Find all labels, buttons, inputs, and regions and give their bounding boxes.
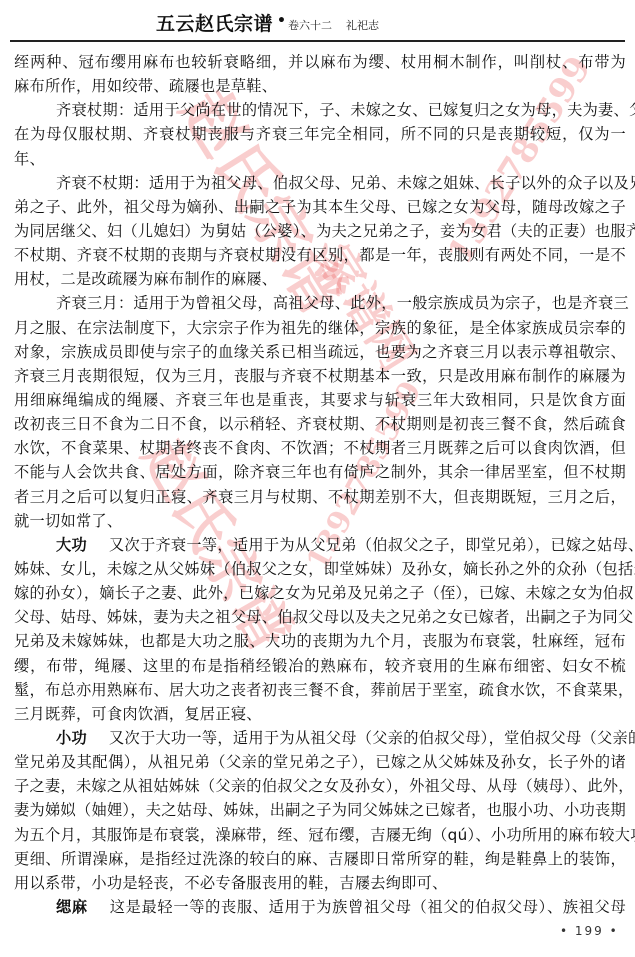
text-line: 姊妹、女儿，未嫁之从父姊妹（伯叔父之女，即堂姊妹）及孙女，嫡长孙之外的众孙（包括… (14, 557, 626, 581)
text-line: 嫁的孙女），嫡长子之妻、此外，已嫁之女为兄弟及兄弟之子（侄），已嫁、未嫁之女为伯… (14, 581, 626, 605)
text-line: 月之服、在宗法制度下，大宗宗子作为祖先的继体，宗族的象征，是全体家族成员宗奉的 (14, 316, 626, 340)
paragraph-intro: 绖两种、冠布缨用麻布也较斩衰略细，并以麻布为缨、杖用桐木制作，叫削杖、布带为 麻… (14, 50, 626, 98)
text-line: 年、 (14, 147, 626, 171)
text-line: 齐衰不杖期：适用于为祖父母、伯叔父母、兄弟、未嫁之姐妹、长子以外的众子以及兄 (14, 171, 626, 195)
text-line: 麻布所作，用如绞带、疏屦也是草鞋、 (14, 74, 626, 98)
page-header: 五云赵氏宗谱 • 卷六十二礼祀志 (0, 0, 635, 42)
text-line: 绖两种、冠布缨用麻布也较斩衰略细，并以麻布为缨、杖用桐木制作，叫削杖、布带为 (14, 50, 626, 74)
text-line: 齐衰杖期：适用于父尚在世的情况下，子、未嫁之女、已嫁复归之女为母，夫为妻、父 (14, 98, 626, 122)
text-line: 大功又次于齐衰一等，适用于为从父兄弟（伯叔父之子，即堂兄弟），已嫁之姑母、 (14, 533, 626, 557)
text-line: 妻为娣姒（妯娌），夫之姑母、姊妹，出嗣之子为同父姊妹之已嫁者，也服小功、小功丧期 (14, 798, 626, 822)
text-line: 用以系带，小功是轻丧，不必专备服丧用的鞋，吉屦去绚即可、 (14, 871, 626, 895)
text-line: 用杖，二是改疏屦为麻布制作的麻屦、 (14, 267, 626, 291)
paragraph-qishuai-sanyue: 齐衰三月：适用于为曾祖父母，高祖父母、此外，一般宗族成员为宗子，也是齐衰三 月之… (14, 291, 626, 532)
text-line: 齐衰三月丧期很短，仅为三月，丧服与齐衰不杖期基本一致，只是改用麻布制作的麻屦为 (14, 364, 626, 388)
text-line: 在为母仅服杖期、齐衰杖期丧服与齐衰三年完全相同，所不同的只是丧期较短，仅为一 (14, 122, 626, 146)
document-body: 绖两种、冠布缨用麻布也较斩衰略细，并以麻布为缨、杖用桐木制作，叫削杖、布带为 麻… (14, 50, 626, 919)
text-line: 为五个月，其服饰是布衰裳，澡麻带，绖、冠布缨，吉屦无绚（qú）、小功所用的麻布较… (14, 823, 626, 847)
chapter-info: 卷六十二礼祀志 (288, 17, 379, 33)
text-line: 弟之子、此外，祖父母为嫡孙、出嗣之子为其本生父母、已嫁之女为父母，随母改嫁之子 (14, 195, 626, 219)
text-line: 髽，布总亦用熟麻布、居大功之丧者初丧三餐不食，葬前居于垩室，疏食水饮，不食菜果， (14, 678, 626, 702)
text-line: 更细、所谓澡麻，是指经过洗涤的较白的麻、吉屦即日常所穿的鞋，绚是鞋鼻上的装饰， (14, 847, 626, 871)
text-span: 又次于大功一等，适用于为从祖父母（父亲的伯叔父母），堂伯叔父母（父亲的 (109, 729, 635, 747)
title-separator: • (277, 13, 286, 29)
book-title: 五云赵氏宗谱 (156, 9, 273, 36)
text-line: 三月既葬，可食肉饮酒，复居正寝、 (14, 702, 626, 726)
section-heading-xiaogong: 小功 (56, 729, 87, 747)
text-line: 缨，布带，绳屦、这里的布是指稍经锻冶的熟麻布，较齐衰用的生麻布细密、妇女不梳 (14, 654, 626, 678)
text-line: 不能与人会饮共食、居处方面，除齐衰三年也有倚庐之制外，其余一律居垩室，但不杖期 (14, 460, 626, 484)
text-line: 就一切如常了、 (14, 509, 626, 533)
text-line: 子之妻，未嫁之从祖姑姊妹（父亲的伯叔父之女及孙女），外祖父母、从母（姨母）、此外… (14, 774, 626, 798)
text-span: 这是最轻一等的丧服、适用于为族曾祖父母（祖父的伯叔父母）、族祖父母 (110, 898, 626, 916)
volume-label: 卷六十二 (288, 19, 332, 32)
paragraph-xiaogong: 小功又次于大功一等，适用于为从祖父母（父亲的伯叔父母），堂伯叔父母（父亲的 堂兄… (14, 726, 626, 895)
text-line: 缌麻这是最轻一等的丧服、适用于为族曾祖父母（祖父的伯叔父母）、族祖父母 (14, 895, 626, 919)
header-rule (10, 40, 625, 42)
text-line: 齐衰三月：适用于为曾祖父母，高祖父母、此外，一般宗族成员为宗子，也是齐衰三 (14, 291, 626, 315)
text-line: 不杖期、齐衰不杖期的丧期与齐衰杖期没有区别，都是一年，丧服则有两处不同，一是不 (14, 243, 626, 267)
paragraph-qishuai-buzhangqi: 齐衰不杖期：适用于为祖父母、伯叔父母、兄弟、未嫁之姐妹、长子以外的众子以及兄 弟… (14, 171, 626, 292)
paragraph-qishuai-zhangqi: 齐衰杖期：适用于父尚在世的情况下，子、未嫁之女、已嫁复归之女为母，夫为妻、父 在… (14, 98, 626, 170)
paragraph-dagong: 大功又次于齐衰一等，适用于为从父兄弟（伯叔父之子，即堂兄弟），已嫁之姑母、 姊妹… (14, 533, 626, 726)
paragraph-sima: 缌麻这是最轻一等的丧服、适用于为族曾祖父母（祖父的伯叔父母）、族祖父母 (14, 895, 626, 919)
page-number: • 199 • (560, 924, 619, 938)
text-line: 为同居继父、妇（儿媳妇）为舅姑（公婆）、为夫之兄弟之子，妾为女君（夫的正妻）也服… (14, 219, 626, 243)
text-line: 者三月之后可以复归正寝、齐衰三月与杖期、不杖期差别不大，但丧期既短，三月之后， (14, 485, 626, 509)
text-line: 水饮，不食菜果、杖期者终丧不食肉、不饮酒；不杖期者三月既葬之后可以食肉饮酒，但 (14, 436, 626, 460)
section-label: 礼祀志 (346, 19, 379, 32)
section-heading-sima: 缌麻 (56, 898, 88, 916)
section-heading-dagong: 大功 (56, 536, 87, 554)
text-line: 父母、姑母、姊妹，妻为夫之祖父母、伯叔父母以及夫之兄弟之女已嫁者，出嗣之子为同父 (14, 605, 626, 629)
text-span: 又次于齐衰一等，适用于为从父兄弟（伯叔父之子，即堂兄弟），已嫁之姑母、 (109, 536, 635, 554)
text-line: 对象，宗族成员即使与宗子的血缘关系已相当疏远，也要为之齐衰三月以表示尊祖敬宗、 (14, 340, 626, 364)
text-line: 改初丧三日不食为二日不食，以示稍轻、齐衰杖期、不杖期则是初丧三餐不食，然后疏食 (14, 412, 626, 436)
text-line: 用细麻绳编成的绳屦、齐衰三年也是重丧，其要求与斩衰三年大致相同，只是饮食方面 (14, 388, 626, 412)
text-line: 堂兄弟及其配偶），从祖兄弟（父亲的堂兄弟之子），已嫁之从父姊妹及孙女，长子外的诸 (14, 750, 626, 774)
text-line: 兄弟及未嫁姊妹，也都是大功之服、大功的丧期为九个月，丧服为布衰裳，牡麻绖，冠布 (14, 629, 626, 653)
text-line: 小功又次于大功一等，适用于为从祖父母（父亲的伯叔父母），堂伯叔父母（父亲的 (14, 726, 626, 750)
